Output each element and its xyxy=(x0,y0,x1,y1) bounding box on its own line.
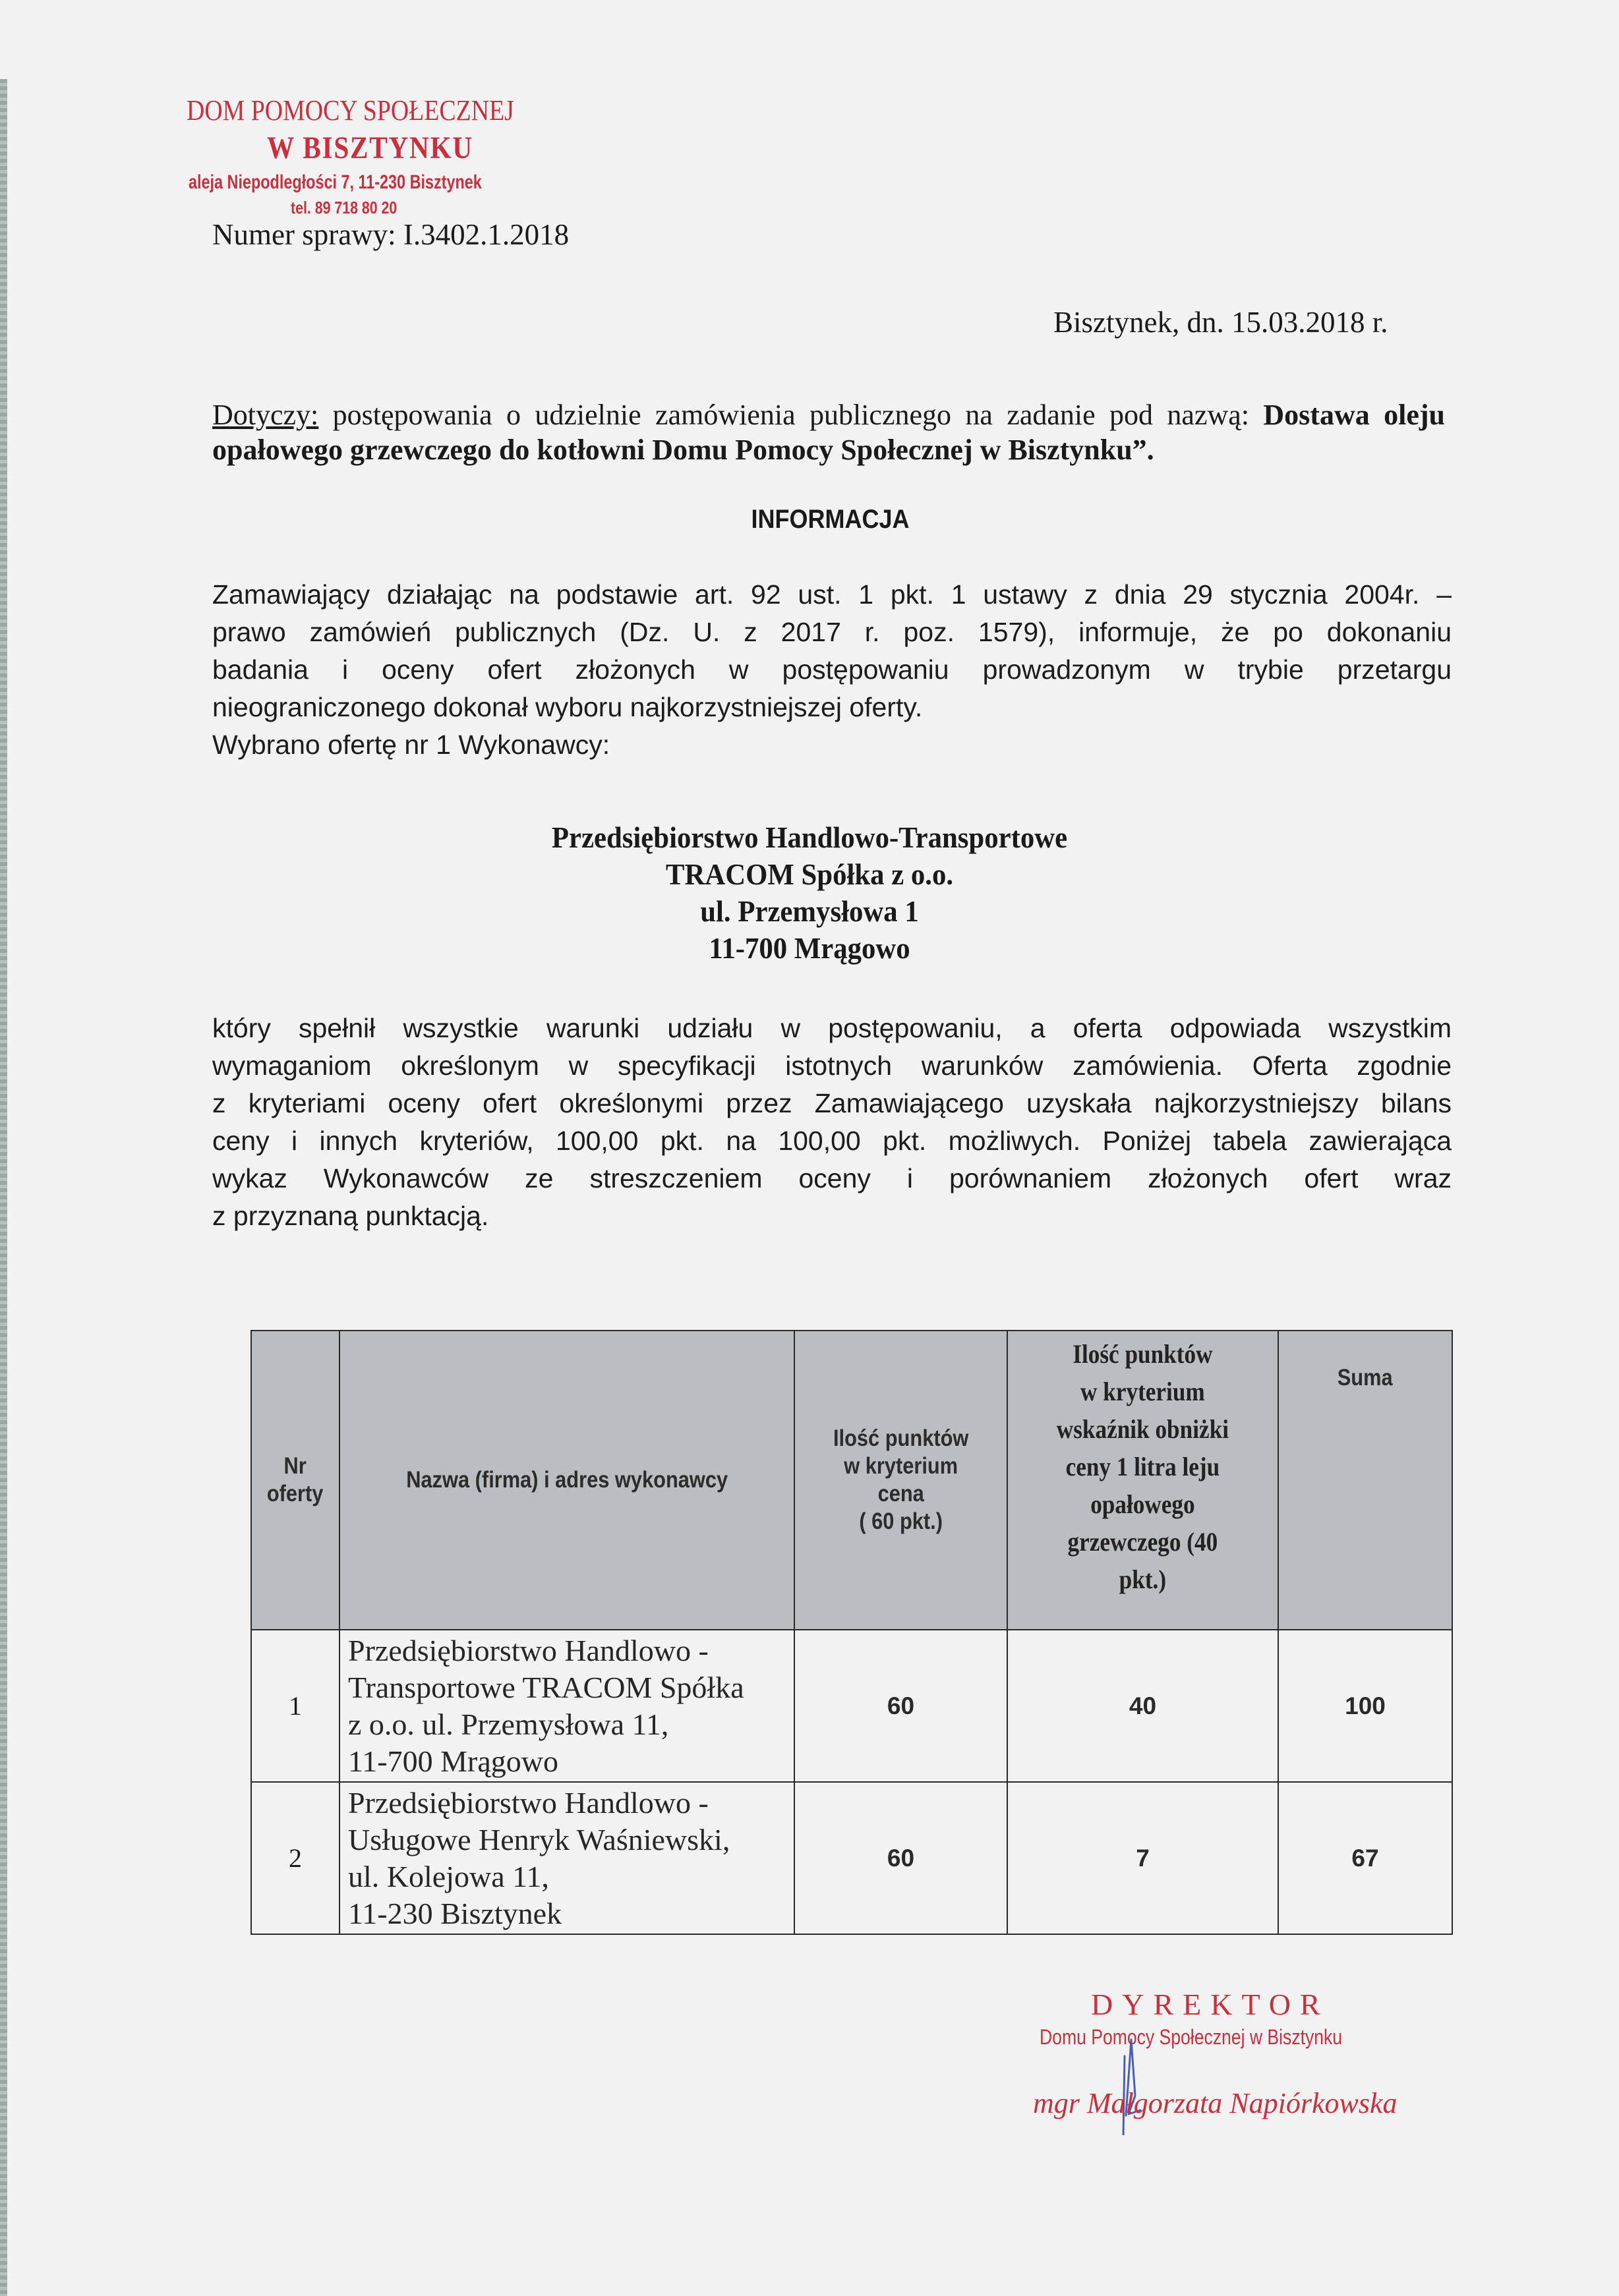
header-sum: Suma xyxy=(1278,1331,1452,1630)
paragraph-line: Zamawiający działając na podstawie art. … xyxy=(212,576,1452,614)
discount-points: 7 xyxy=(1007,1782,1278,1934)
contractor-street: ul. Przemysłowa 1 xyxy=(57,893,1562,930)
offer-number: 2 xyxy=(251,1782,339,1934)
contractor-name: Przedsiębiorstwo Handlowo - Transportowe… xyxy=(339,1630,794,1782)
total-points: 67 xyxy=(1278,1782,1452,1934)
evaluation-paragraph: który spełnił wszystkie warunki udziału … xyxy=(212,1010,1452,1235)
paragraph-line: z przyznaną punktacją. xyxy=(212,1197,1452,1235)
signature-title: DYREKTOR xyxy=(1091,1987,1330,2022)
paragraph-line: wymaganiom określonym w specyfikacji ist… xyxy=(212,1047,1452,1085)
header-offer-number: Nroferty xyxy=(251,1331,339,1630)
contractor-name-line1: Przedsiębiorstwo Handlowo-Transportowe xyxy=(57,819,1562,856)
chosen-offer-line: Wybrano ofertę nr 1 Wykonawcy: xyxy=(212,726,1452,764)
offer-number: 1 xyxy=(251,1630,339,1782)
stamp-town: W BISZTYNKU xyxy=(267,130,473,166)
header-price-points: Ilość punktów w kryterium cena ( 60 pkt.… xyxy=(794,1331,1007,1630)
subject-text: postępowania o udzielnie zamówienia publ… xyxy=(318,399,1263,431)
price-points: 60 xyxy=(794,1782,1007,1934)
scan-edge-strip xyxy=(0,79,7,2296)
discount-points: 40 xyxy=(1007,1630,1278,1782)
paragraph-line: nieograniczonego dokonał wyboru najkorzy… xyxy=(212,689,1452,726)
header-contractor-name: Nazwa (firma) i adres wykonawcy xyxy=(339,1331,794,1630)
contractor-name: Przedsiębiorstwo Handlowo - Usługowe Hen… xyxy=(339,1782,794,1934)
signatory-name: mgr Małgorzata Napiórkowska xyxy=(1033,2086,1397,2120)
case-number: Numer sprawy: I.3402.1.2018 xyxy=(212,217,569,252)
header-discount-points: Ilość punktów w kryterium wskaźnik obniż… xyxy=(1007,1331,1278,1630)
table-row: 1 Przedsiębiorstwo Handlowo - Transporto… xyxy=(251,1630,1452,1782)
paragraph-line: który spełnił wszystkie warunki udziału … xyxy=(212,1010,1452,1047)
paragraph-line: prawo zamówień publicznych (Dz. U. z 201… xyxy=(212,614,1452,651)
price-points: 60 xyxy=(794,1630,1007,1782)
winning-contractor: Przedsiębiorstwo Handlowo-Transportowe T… xyxy=(0,819,1619,967)
paragraph-line: badania i oceny ofert złożonych w postęp… xyxy=(212,651,1452,689)
contractor-name-line2: TRACOM Spółka z o.o. xyxy=(57,856,1562,893)
signature-organization: Domu Pomocy Społecznej w Bisztynku xyxy=(1040,2025,1342,2050)
paragraph-line: ceny i innych kryteriów, 100,00 pkt. na … xyxy=(212,1122,1452,1160)
paragraph-line: wykaz Wykonawców ze streszczeniem oceny … xyxy=(212,1160,1452,1197)
subject-paragraph: Dotyczy: postępowania o udzielnie zamówi… xyxy=(212,397,1445,467)
subject-label: Dotyczy: xyxy=(212,399,318,431)
document-heading: INFORMACJA xyxy=(81,505,1538,534)
paragraph-line: z kryteriami oceny ofert określonymi prz… xyxy=(212,1085,1452,1122)
stamp-institution-name: DOM POMOCY SPOŁECZNEJ xyxy=(187,94,514,127)
total-points: 100 xyxy=(1278,1630,1452,1782)
contractor-city: 11-700 Mrągowo xyxy=(57,930,1562,967)
stamp-phone: tel. 89 718 80 20 xyxy=(291,198,397,218)
offers-table: Nroferty Nazwa (firma) i adres wykonawcy… xyxy=(250,1330,1453,1935)
stamp-address: aleja Niepodległości 7, 11-230 Bisztynek xyxy=(189,171,482,194)
handwritten-signature-icon xyxy=(1114,2036,1147,2135)
table-row: 2 Przedsiębiorstwo Handlowo - Usługowe H… xyxy=(251,1782,1452,1934)
legal-basis-paragraph: Zamawiający działając na podstawie art. … xyxy=(212,576,1452,764)
place-and-date: Bisztynek, dn. 15.03.2018 r. xyxy=(1053,305,1388,339)
heading-text: INFORMACJA xyxy=(751,505,909,534)
table-header-row: Nroferty Nazwa (firma) i adres wykonawcy… xyxy=(251,1331,1452,1630)
